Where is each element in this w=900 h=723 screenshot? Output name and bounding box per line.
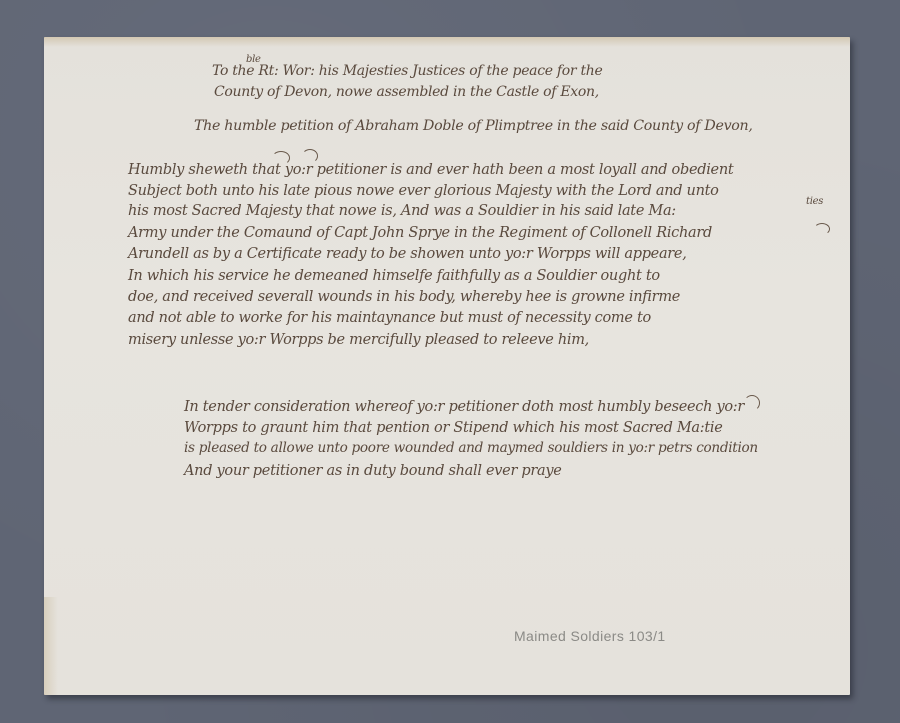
prayer-line-1: In tender consideration whereof yo:r pet… — [184, 400, 744, 415]
body-margin-note: ties — [806, 197, 823, 207]
body-line-4: Army under the Comaund of Capt John Spry… — [128, 226, 712, 241]
archival-reference: Maimed Soldiers 103/1 — [514, 628, 666, 644]
flourish-ornament — [744, 395, 760, 411]
flourish-ornament — [302, 149, 318, 163]
manuscript-page: ble To the Rt: Wor: his Majesties Justic… — [44, 37, 850, 695]
body-line-6: In which his service he demeaned himself… — [128, 269, 660, 284]
prayer-line-2: Worpps to graunt him that pention or Sti… — [184, 421, 722, 436]
prayer-line-4: And your petitioner as in duty bound sha… — [184, 464, 562, 479]
body-line-9: misery unlesse yo:r Worpps be mercifully… — [128, 333, 589, 348]
flourish-ornament — [814, 223, 830, 235]
address-line-1: To the Rt: Wor: his Majesties Justices o… — [212, 64, 602, 78]
body-line-3: his most Sacred Majesty that nowe is, An… — [128, 204, 676, 219]
flourish-ornament — [272, 151, 290, 165]
body-line-5: Arundell as by a Certificate ready to be… — [128, 247, 687, 262]
address-line-2: County of Devon, nowe assembled in the C… — [214, 85, 599, 99]
petition-title: The humble petition of Abraham Doble of … — [194, 119, 753, 133]
body-line-1: Humbly sheweth that yo:r petitioner is a… — [128, 163, 733, 178]
prayer-line-3: is pleased to allowe unto poore wounded … — [184, 442, 758, 456]
body-line-2: Subject both unto his late pious nowe ev… — [128, 184, 719, 199]
body-line-7: doe, and received severall wounds in his… — [128, 290, 680, 305]
body-line-8: and not able to worke for his maintaynan… — [128, 311, 651, 326]
